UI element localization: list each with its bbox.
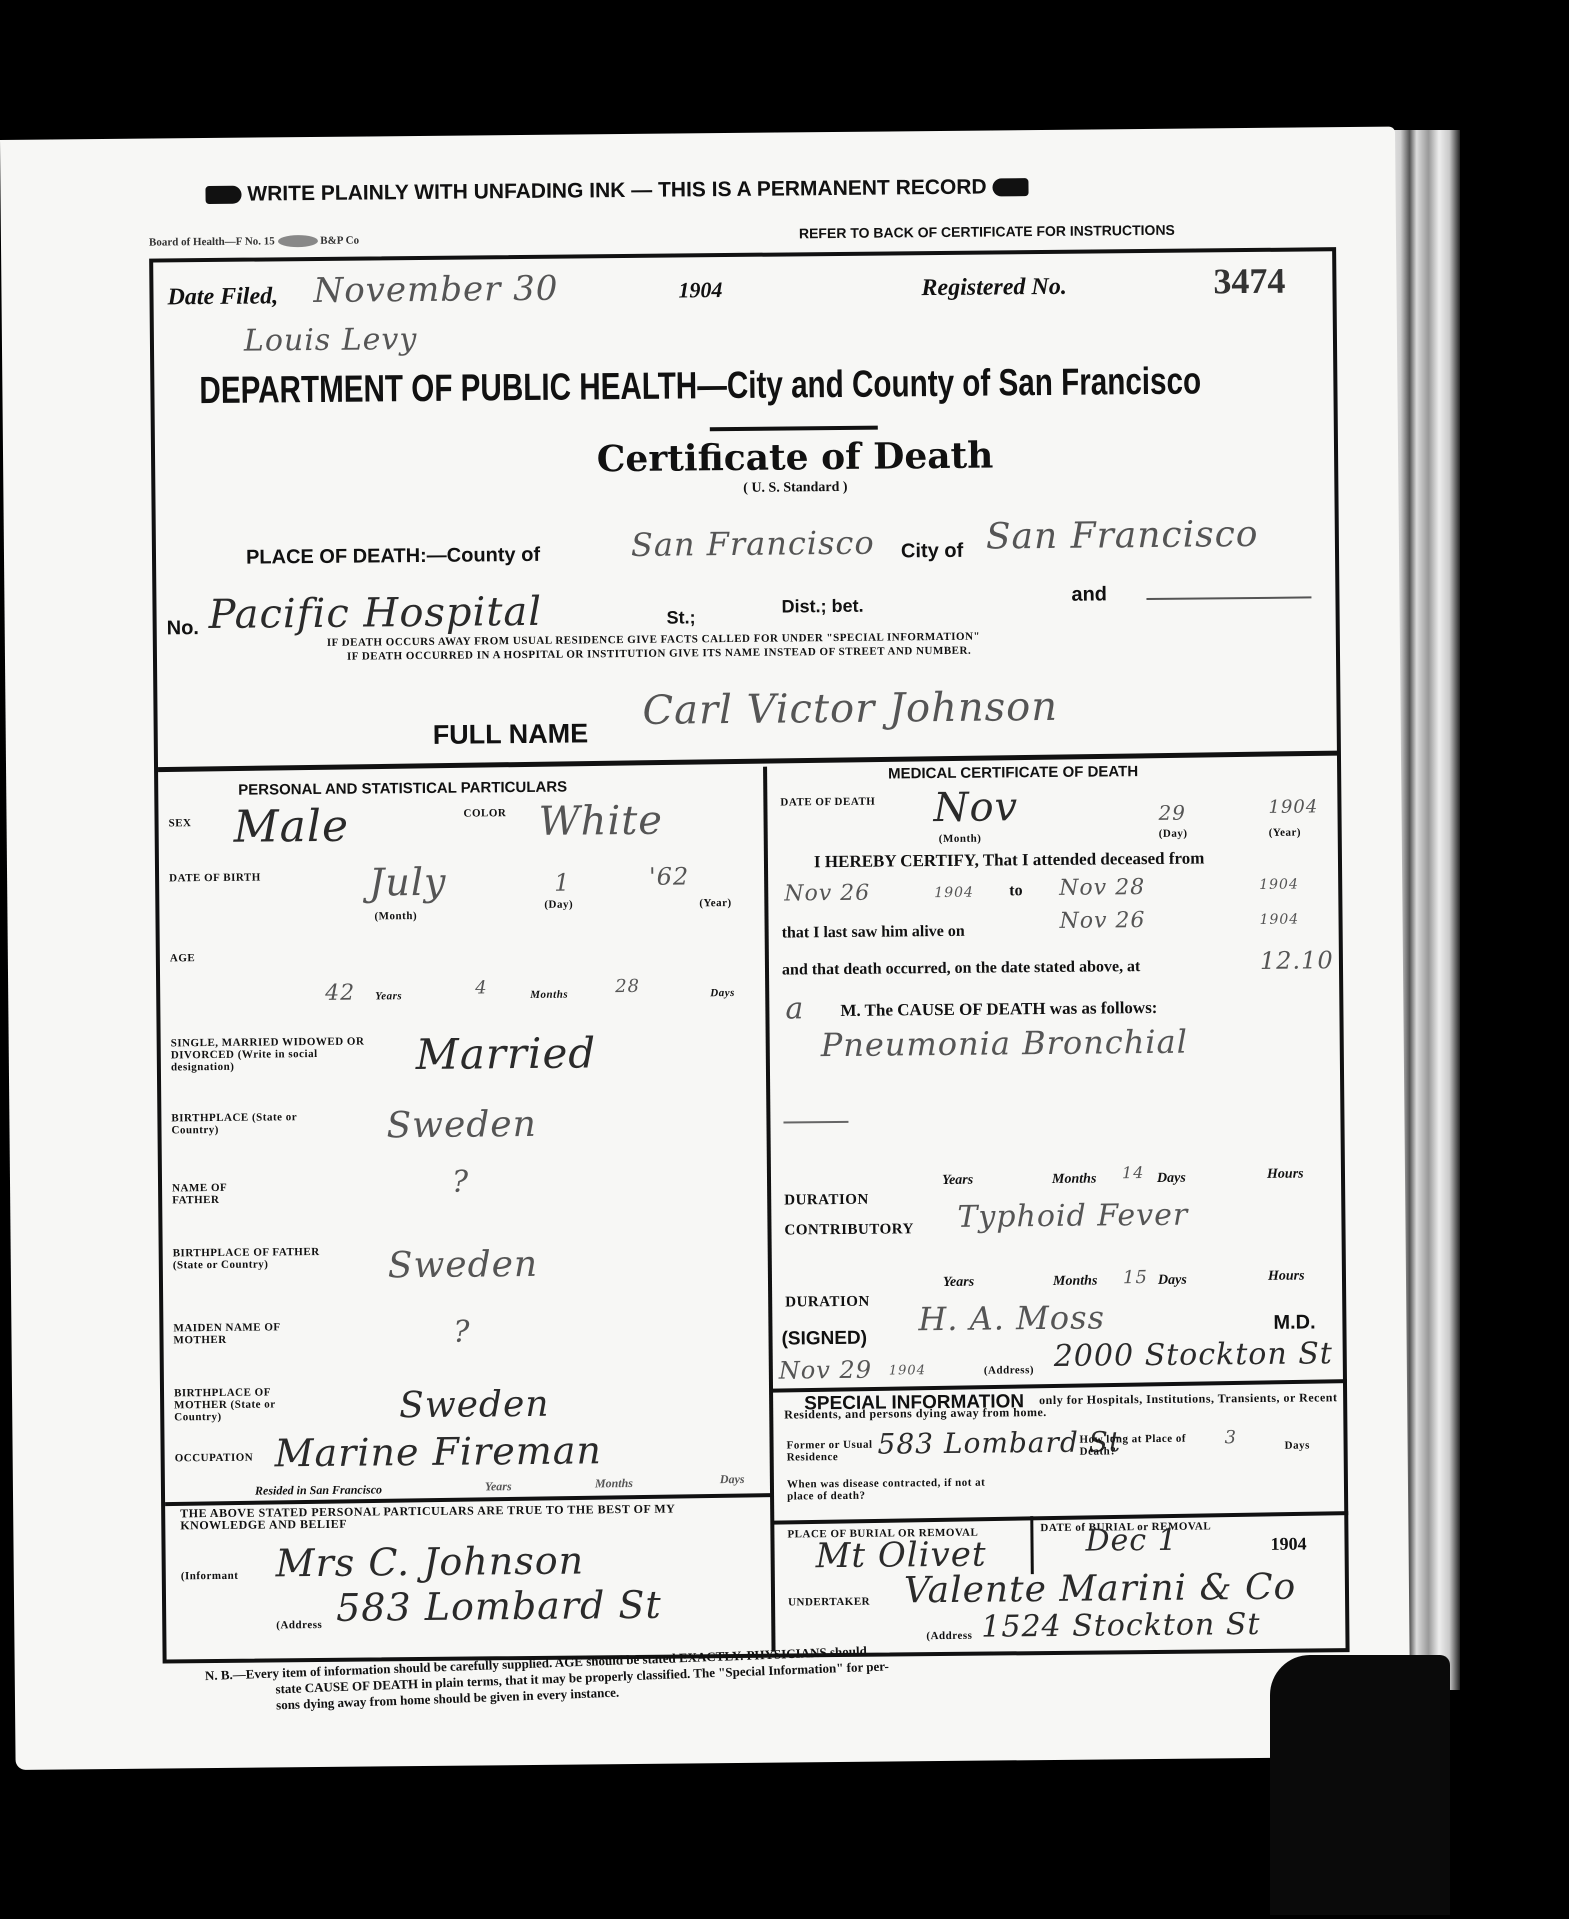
month-caption: (Month) [374, 910, 417, 922]
full-name-label: FULL NAME [433, 718, 589, 750]
age-months-value: 4 [475, 977, 488, 998]
certificate-title: Certificate of Death [555, 434, 1035, 481]
marital-status-label: SINGLE, MARRIED WIDOWED OR DIVORCED (Wri… [171, 1035, 371, 1073]
duration-1-days-caption: Days [1157, 1171, 1186, 1187]
department-title: DEPARTMENT OF PUBLIC HEALTH—City and Cou… [199, 360, 1201, 413]
burial-date-value: Dec 1 [1085, 1523, 1178, 1559]
physician-signature: H. A. Moss [918, 1298, 1105, 1338]
special-info-note: only for Hospitals, Institutions, Transi… [784, 1391, 1344, 1420]
undertaker-value: Valente Marini & Co [904, 1567, 1297, 1612]
dob-label: DATE OF BIRTH [169, 872, 261, 885]
place-location-value: Pacific Hospital [208, 589, 542, 638]
sex-value: Male [233, 801, 349, 853]
attended-from-year: 1904 [934, 885, 974, 901]
name-divider [158, 751, 1338, 772]
cause-of-death-value: Pneumonia Bronchial [821, 1023, 1189, 1065]
last-saw-statement: that I last saw him alive on [782, 923, 965, 943]
medical-heading: MEDICAL CERTIFICATE OF DEATH [888, 763, 1138, 782]
death-occurred-statement: and that death occurred, on the date sta… [782, 958, 1141, 979]
death-day-value: 29 [1158, 801, 1186, 825]
registrar-signature: Louis Levy [244, 322, 418, 359]
informant-name-value: Mrs C. Johnson [275, 1538, 584, 1585]
undertaker-label: UNDERTAKER [788, 1596, 870, 1609]
duration-2-days-value: 15 [1123, 1267, 1148, 1288]
age-years-value: 42 [325, 981, 355, 1006]
death-month-value: Nov [933, 784, 1018, 831]
to-label: to [1009, 882, 1023, 900]
signed-label: (SIGNED) [781, 1328, 867, 1351]
dob-year-value: '62 [649, 862, 689, 890]
occupation-value: Marine Fireman [274, 1428, 602, 1475]
duration-1-years-caption: Years [942, 1173, 973, 1189]
page-shadow [1270, 1655, 1450, 1915]
pointing-hand-icon [992, 179, 1028, 197]
place-of-death-label: PLACE OF DEATH:—County of [246, 544, 540, 570]
cause-of-death-statement: M. The CAUSE OF DEATH was as follows: [840, 998, 1157, 1021]
informant-address-label: (Address [276, 1619, 322, 1631]
dist-blank-line [1146, 596, 1311, 600]
pointing-hand-icon [205, 186, 241, 204]
informant-label: (Informant [181, 1570, 239, 1583]
color-label: COLOR [463, 807, 506, 819]
father-birthplace-label: BIRTHPLACE OF FATHER (State or Country) [173, 1246, 323, 1271]
city-value: San Francisco [986, 514, 1259, 558]
father-name-value: ? [452, 1165, 469, 1200]
duration-2-days-caption: Days [1158, 1273, 1187, 1289]
printer-text: B&P Co [320, 235, 359, 247]
informant-address-value: 583 Lombard St [336, 1583, 662, 1630]
banner: WRITE PLAINLY WITH UNFADING INK — THIS I… [205, 175, 1028, 207]
contributory-label: CONTRIBUTORY [784, 1223, 913, 1236]
how-long-label: How long at Place of Death? [1079, 1433, 1189, 1458]
duration-label-2: DURATION [785, 1296, 870, 1309]
informant-attestation: THE ABOVE STATED PERSONAL PARTICULARS AR… [180, 1502, 760, 1532]
am-pm-value: a [785, 991, 804, 1026]
duration-1-months-caption: Months [1052, 1172, 1097, 1188]
last-saw-value: Nov 26 [1059, 908, 1145, 934]
printer-seal-icon [277, 235, 317, 247]
mother-birthplace-value: Sweden [399, 1384, 550, 1426]
burial-column-divider [1030, 1516, 1034, 1574]
us-standard-caption: ( U. S. Standard ) [555, 478, 1035, 499]
death-year-value: 1904 [1268, 796, 1318, 817]
last-saw-year: 1904 [1259, 912, 1299, 928]
certificate-frame: Date Filed, November 30 1904 Registered … [149, 247, 1349, 1663]
color-value: White [538, 798, 663, 845]
registered-number: 3474 [1213, 260, 1285, 303]
duration-2-hours-caption: Hours [1268, 1269, 1305, 1285]
attended-to-value: Nov 28 [1059, 875, 1145, 901]
how-long-days-label: Days [1285, 1439, 1310, 1451]
age-years-caption: Years [375, 990, 402, 1002]
age-days-value: 28 [615, 976, 640, 997]
cause-blank-line [783, 1121, 848, 1124]
resided-label: Resided in San Francisco [255, 1482, 382, 1498]
attended-from-value: Nov 26 [784, 881, 870, 907]
disease-contracted-label: When was disease contracted, if not at p… [787, 1477, 987, 1503]
form-number: Board of Health—F No. 15 B&P Co [149, 235, 359, 249]
age-months-caption: Months [530, 989, 568, 1001]
full-name-value: Carl Victor Johnson [642, 684, 1058, 734]
physician-address-label: (Address) [984, 1364, 1034, 1376]
death-month-caption: (Month) [939, 833, 982, 845]
mother-name-value: ? [453, 1315, 470, 1350]
father-birthplace-value: Sweden [388, 1244, 539, 1286]
city-label: City of [901, 540, 963, 564]
year-caption: (Year) [699, 897, 731, 909]
age-days-caption: Days [710, 987, 735, 999]
date-filed-label: Date Filed, [167, 283, 278, 311]
age-label: AGE [170, 952, 195, 964]
md-label: M.D. [1273, 1311, 1315, 1334]
column-divider [763, 767, 775, 1652]
date-filed-value: November 30 [313, 269, 558, 311]
dob-month-value: July [369, 860, 447, 905]
death-certificate-page: WRITE PLAINLY WITH UNFADING INK — THIS I… [0, 127, 1411, 1770]
county-value: San Francisco [631, 524, 875, 564]
former-residence-label: Former or Usual Residence [787, 1439, 877, 1464]
physician-address-value: 2000 Stockton St [1054, 1336, 1333, 1374]
burial-year-value: 1904 [1270, 1534, 1306, 1555]
date-of-death-label: DATE OF DEATH [780, 796, 875, 809]
and-label: and [1071, 583, 1107, 606]
title-divider [710, 426, 878, 432]
duration-2-years-caption: Years [943, 1275, 974, 1291]
duration-1-days-value: 14 [1122, 1163, 1145, 1182]
signed-date-value: Nov 29 [779, 1356, 872, 1385]
day-caption: (Day) [544, 899, 573, 911]
death-year-caption: (Year) [1269, 827, 1301, 839]
contributory-value: Typhoid Fever [957, 1198, 1188, 1235]
form-no-text: Board of Health—F No. 15 [149, 235, 275, 248]
resided-days-caption: Days [720, 1472, 745, 1487]
banner-text: WRITE PLAINLY WITH UNFADING INK — THIS I… [247, 176, 986, 206]
filing-year: 1904 [678, 277, 722, 303]
birthplace-value: Sweden [386, 1104, 537, 1146]
resided-months-caption: Months [595, 1476, 633, 1491]
number-label: No. [167, 617, 199, 640]
duration-label-1: DURATION [784, 1194, 869, 1207]
father-name-label: NAME OF FATHER [172, 1181, 272, 1206]
birthplace-label: BIRTHPLACE (State or Country) [171, 1111, 321, 1136]
instructions-ref: REFER TO BACK OF CERTIFICATE FOR INSTRUC… [799, 222, 1175, 242]
marital-status-value: Married [416, 1028, 597, 1079]
resided-years-caption: Years [485, 1479, 512, 1494]
mother-birthplace-label: BIRTHPLACE OF MOTHER (State or Country) [174, 1386, 324, 1423]
registered-no-label: Registered No. [921, 274, 1067, 302]
district-label: Dist.; bet. [781, 596, 863, 618]
personal-heading: PERSONAL AND STATISTICAL PARTICULARS [238, 779, 567, 799]
dob-day-value: 1 [554, 869, 571, 897]
death-day-caption: (Day) [1159, 828, 1188, 840]
signed-year-value: 1904 [889, 1363, 926, 1378]
duration-1-hours-caption: Hours [1267, 1167, 1304, 1183]
occupation-label: OCCUPATION [175, 1452, 254, 1465]
duration-2-months-caption: Months [1053, 1274, 1098, 1290]
certify-statement: I HEREBY CERTIFY, That I attended deceas… [814, 848, 1205, 872]
sex-label: SEX [169, 817, 192, 829]
time-of-death-value: 12.10 [1260, 946, 1334, 975]
mother-name-label: MAIDEN NAME OF MOTHER [173, 1321, 303, 1346]
street-label: St.; [667, 607, 696, 628]
how-long-value: 3 [1224, 1427, 1237, 1448]
attended-to-year: 1904 [1259, 877, 1299, 893]
